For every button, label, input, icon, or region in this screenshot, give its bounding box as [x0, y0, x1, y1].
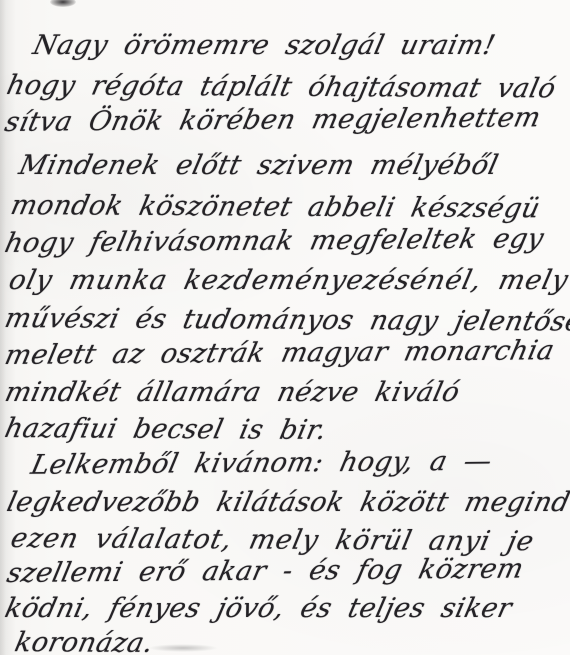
handwriting-line: ködni, fényes jövő, és teljes siker — [0, 593, 570, 624]
handwriting-line: ezen válalatot, mely körül anyi je — [0, 523, 570, 558]
handwriting-line: oly munka kezdeményezésénél, mely — [0, 265, 570, 296]
handwritten-text-block: Nagy örömemre szolgál uraim!hogy régóta … — [0, 0, 570, 655]
handwriting-line: művészi és tudományos nagy jelentőség — [0, 303, 570, 338]
handwriting-line: hazafiui becsel is bir. — [0, 413, 570, 448]
handwriting-line: koronáza. — [0, 627, 570, 655]
scanned-letter-page: Nagy örömemre szolgál uraim!hogy régóta … — [0, 0, 570, 655]
handwriting-line: mindkét államára nézve kiváló — [0, 377, 570, 408]
handwriting-line: Nagy örömemre szolgál uraim! — [0, 30, 570, 61]
handwriting-line: hogy régóta táplált óhajtásomat való — [0, 70, 570, 105]
ink-smudge-bottom — [148, 644, 218, 652]
handwriting-line: hogy felhivásomnak megfeleltek egy — [0, 222, 570, 259]
handwriting-line: mondok köszönetet abbeli készségü — [0, 190, 570, 225]
handwriting-line: szellemi erő akar - és fog közrem — [0, 552, 570, 589]
handwriting-line: Mindenek előtt szivem mélyéből — [0, 150, 570, 181]
handwriting-line: sítva Önök körében megjelenhettem — [0, 101, 570, 138]
handwriting-line: Lelkemből kivánom: hogy, a — — [0, 444, 570, 481]
handwriting-line: legkedvezőbb kilátások között megind — [0, 487, 570, 518]
handwriting-line: melett az osztrák magyar monarchia — [0, 334, 570, 371]
